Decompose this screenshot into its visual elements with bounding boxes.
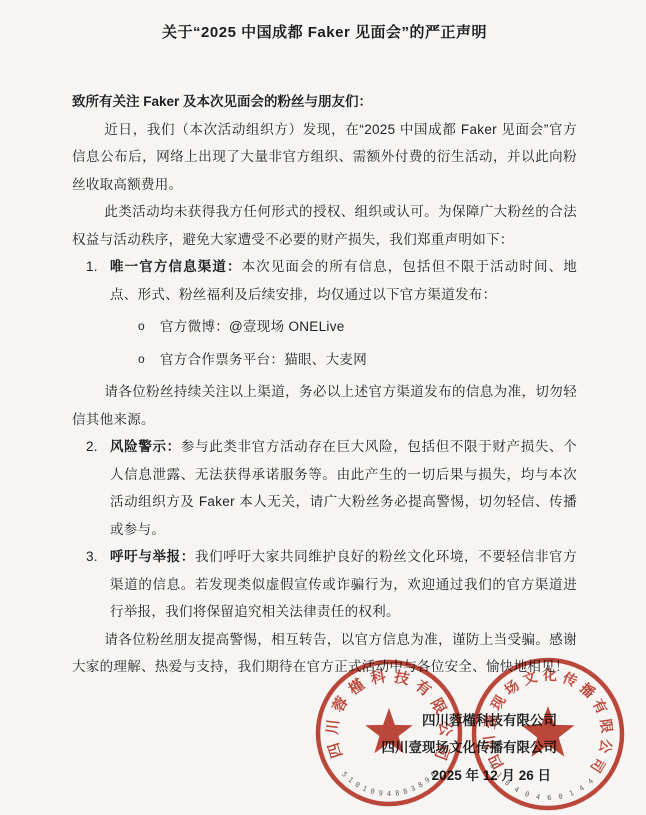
svg-text:4: 4 bbox=[535, 793, 540, 802]
list-item-ticketing: o 官方合作票务平台：猫眼、大麦网 bbox=[138, 346, 577, 374]
list-number: 3. bbox=[86, 543, 98, 571]
list-item-risk-warning: 2. 风险警示：参与此类非官方活动存在巨大风险，包括但不限于财产损失、个人信息泄… bbox=[72, 433, 577, 543]
list-item-weibo: o 官方微博：@壹现场 ONELive bbox=[138, 313, 577, 341]
signature-block: 四川蓉槿科技有限公司 四川壹现场文化传播有限公司 2025 年 12 月 26 … bbox=[72, 707, 577, 790]
list-number: 2. bbox=[86, 433, 98, 461]
paragraph-intro: 近日，我们（本次活动组织方）发现，在“2025 中国成都 Faker 见面会”官… bbox=[72, 116, 577, 199]
svg-text:8: 8 bbox=[395, 789, 400, 797]
svg-text:1: 1 bbox=[568, 789, 575, 798]
ticketing-channel-text: 官方合作票务平台：猫眼、大麦网 bbox=[160, 352, 367, 367]
signature-company-2: 四川壹现场文化传播有限公司 bbox=[72, 734, 557, 762]
svg-text:有: 有 bbox=[590, 696, 611, 716]
paragraph-channels-note: 请各位粉丝持续关注以上渠道，务必以上述官方渠道发布的信息为准，切勿轻信其他来源。 bbox=[72, 378, 577, 433]
svg-text:4: 4 bbox=[387, 790, 391, 798]
paragraph-closing: 请各位粉丝朋友提高警惕，相互转告，以官方信息为准，谨防上当受骗。感谢大家的理解、… bbox=[72, 626, 577, 681]
weibo-channel-text: 官方微博：@壹现场 ONELive bbox=[160, 319, 345, 334]
paragraph-declaration-lead: 此类活动均未获得我方任何形式的授权、组织或认可。为保障广大粉丝的合法权益与活动秩… bbox=[72, 198, 577, 253]
svg-text:0: 0 bbox=[524, 790, 531, 799]
circle-bullet-icon: o bbox=[138, 346, 145, 374]
list-item-lead: 风险警示： bbox=[110, 439, 181, 454]
svg-text:4: 4 bbox=[587, 777, 595, 786]
svg-text:0: 0 bbox=[558, 792, 564, 801]
svg-text:司: 司 bbox=[588, 755, 609, 775]
signature-company-1: 四川蓉槿科技有限公司 bbox=[72, 707, 557, 735]
official-channel-list: o 官方微博：@壹现场 ONELive o 官方合作票务平台：猫眼、大麦网 bbox=[138, 313, 577, 373]
signature-date: 2025 年 12 月 26 日 bbox=[72, 762, 557, 790]
circle-bullet-icon: o bbox=[138, 313, 145, 341]
list-number: 1. bbox=[86, 253, 98, 281]
list-item-text: 参与此类非官方活动存在巨大风险，包括但不限于财产损失、个人信息泄露、无法获得承诺… bbox=[110, 439, 577, 537]
list-item-lead: 唯一官方信息渠道： bbox=[110, 259, 242, 274]
statement-document: 关于“2025 中国成都 Faker 见面会”的严正声明 致所有关注 Faker… bbox=[0, 0, 646, 815]
list-item-report-appeal: 3. 呼吁与举报：我们呼吁大家共同维护良好的粉丝文化环境，不要轻信非官方渠道的信… bbox=[72, 543, 577, 626]
salutation: 致所有关注 Faker 及本次见面会的粉丝与朋友们： bbox=[72, 88, 577, 116]
document-title: 关于“2025 中国成都 Faker 见面会”的严正声明 bbox=[72, 22, 577, 44]
svg-text:限: 限 bbox=[598, 718, 616, 734]
svg-text:4: 4 bbox=[578, 784, 586, 793]
svg-text:播: 播 bbox=[577, 680, 598, 701]
list-item-lead: 呼吁与举报： bbox=[110, 549, 195, 564]
svg-text:9: 9 bbox=[378, 789, 383, 797]
svg-text:6: 6 bbox=[547, 794, 551, 802]
list-item-official-channels: 1. 唯一官方信息渠道：本次见面会的所有信息，包括但不限于活动时间、地点、形式、… bbox=[72, 253, 577, 308]
svg-text:公: 公 bbox=[596, 738, 615, 756]
